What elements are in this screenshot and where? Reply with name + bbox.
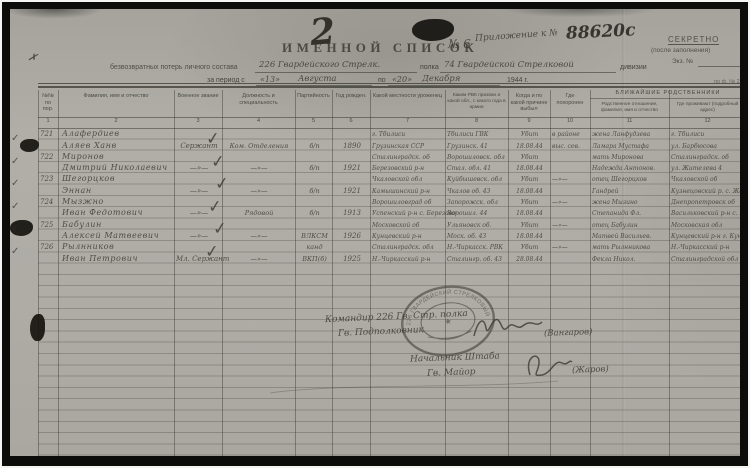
entry-3-checkmark: ✓ [214, 173, 230, 194]
entry-3-cell-c5: б/п [297, 187, 332, 195]
entry-4-cell-c9: Убит [510, 199, 549, 206]
entry-6-cell-c8: Н.-Чиркасск. РВК [447, 244, 507, 251]
column-number-1: 1 [38, 118, 58, 128]
entry-4-line-1: 724МызжноВорошиловград обЗапорожск. облУ… [38, 196, 740, 207]
column-number-7: 7 [370, 118, 445, 128]
entry-4-cell-c9: 18.08.44 [510, 210, 549, 217]
entry-4-cell-c11: Степанида Фл. [592, 210, 668, 217]
column-number-4: 4 [222, 118, 295, 128]
entry-4-cell-c5: б/п [297, 209, 332, 217]
entry-6-cell-c10: —»— [552, 244, 589, 251]
subtitle-printed: безвозвратных потерь личного состава [110, 64, 238, 71]
entry-3-cell-c12: Чкаловской об [671, 176, 740, 183]
column-header-7: Какой местности уроженец [371, 90, 444, 117]
ink-blot-left-margin [30, 314, 45, 341]
entry-1-cell-c11: жена Ланфудзева [592, 131, 668, 138]
entry-5-cell-c8: Ульяновск об. [447, 222, 507, 229]
entry-5-cell-c11: отец Бабулин [592, 222, 668, 229]
entry-3-cell-c8: Куйбышевск. обл [447, 176, 507, 183]
unit2-fill-line [440, 72, 616, 73]
entry-5-cell-c11: Матвей Васильев. [592, 233, 668, 240]
entry-1-line-1: 721Алафердиевг. ТбилисиТбилиси ГВКУбитв … [38, 128, 740, 139]
entry-6-cell-c9: 28.08.44 [510, 256, 549, 263]
entry-1-cell-c9: 18.08.44 [510, 143, 549, 150]
column-line-3 [222, 90, 223, 456]
entry-3-cell-c12: Кузнецовский р. с. Жатыревка [671, 188, 740, 195]
entry-2-margin-check: ✓ [11, 156, 19, 167]
column-header-6: Год рожден. [333, 90, 369, 117]
entry-6-cell-c4: —»— [224, 255, 294, 263]
column-header-4: Должность и специальность [223, 90, 294, 117]
entry-1-cell-c2: Аляев Ханв [62, 141, 174, 150]
entry-4-line-2: Иван Федотович—»—Рядовойб/п1913Успенский… [38, 207, 740, 218]
unit-handwritten-2: 74 Гвардейской Стрелковой [444, 60, 574, 70]
entry-5-cell-c5: ВЛКСМ [297, 232, 332, 240]
entry-3-cell-c7: Камышинский р-н [372, 188, 444, 195]
entry-3-cell-c10: —»— [552, 176, 589, 183]
entry-2-cell-c11: Надежда Антонов. [592, 165, 668, 172]
entry-3-cell-c4: —»— [224, 187, 294, 195]
form-note: по ф. № 2 [714, 79, 740, 85]
entry-2-cell-c2: Миронов [62, 152, 174, 161]
entry-1-cell-c9: Убит [510, 131, 549, 138]
scanned-document-photo: ✗ 2 ИМЕННОЙ СПИСОК № 6 Приложение к № 88… [0, 0, 750, 468]
entry-1-cell-c11: Ламара Мустафа [592, 143, 668, 150]
entry-5-cell-c9: 18.08.44 [510, 233, 549, 240]
secret-label: СЕКРЕТНО [668, 35, 719, 45]
entry-2-cell-c11: мать Миронова [592, 154, 668, 161]
column-number-3: 3 [174, 118, 222, 128]
chief-rank: Гв. Майор [427, 367, 476, 379]
entry-6-margin-check: ✓ [11, 246, 19, 257]
entry-5-cell-c1: 725 [40, 221, 58, 229]
entry-4-cell-c2: Мызжно [62, 197, 174, 206]
ink-blot-row2 [20, 139, 39, 152]
entry-4-cell-c11: жена Мызино [592, 199, 668, 206]
column-number-8: 8 [445, 118, 508, 128]
copy-number-label: Экз. № [672, 58, 693, 65]
entry-3-cell-c8: Чкалов об. 43 [447, 188, 507, 195]
entry-6-line-1: 726РылнниковкандСталинградск. облН.-Чирк… [38, 241, 740, 252]
entry-5-cell-c12: Кунцевский р-н г. Кунцево [671, 233, 740, 240]
column-header-11: Родственное отношение, фамилия, имя и от… [591, 99, 668, 117]
entry-3-line-2: Эннан—»——»—б/п1921Камышинский р-нЧкалов … [38, 185, 740, 196]
secret-sublabel: (после заполнения) [651, 47, 710, 54]
entry-2-cell-c5: б/п [297, 164, 332, 172]
entry-2-cell-c2: Дмитрий Николаевич [62, 163, 174, 172]
entry-3-cell-c1: 723 [40, 175, 58, 183]
entry-3-cell-c6: 1921 [334, 187, 370, 195]
entry-3-cell-c9: Убит [510, 176, 549, 183]
entry-1-cell-c5: б/п [297, 142, 332, 150]
double-rule-2 [38, 86, 740, 88]
column-header-8: Каким РВК призван и какой обл., с какого… [446, 90, 507, 117]
annotation-number: 88620с [566, 20, 636, 44]
entry-6-cell-c2: Рылнников [62, 242, 174, 251]
entry-5-cell-c9: Убит [510, 222, 549, 229]
document-paper: ✗ 2 ИМЕННОЙ СПИСОК № 6 Приложение к № 88… [10, 9, 740, 456]
entry-3-margin-check: ✓ [11, 178, 19, 189]
column-header-3: Военное звание [175, 90, 221, 117]
entry-1-cell-c10: в районе [552, 131, 589, 138]
column-line-2 [174, 90, 175, 456]
entry-4-cell-c8: Запорожск. обл [447, 199, 507, 206]
column-line-1 [58, 90, 59, 456]
entry-6-cell-c2: Иван Петрович [62, 254, 174, 263]
entry-3-cell-c2: Шегорцков [62, 174, 174, 183]
entry-5-cell-c6: 1926 [334, 232, 370, 240]
entry-2-line-1: 722МироновСталинградск. обВорошиловск. о… [38, 151, 740, 162]
entry-5-checkmark: ✓ [212, 219, 228, 240]
entry-4-cell-c6: 1913 [334, 209, 370, 217]
entry-2-cell-c1: 722 [40, 153, 58, 161]
entry-1-cell-c2: Алафердиев [62, 129, 174, 138]
margin-x-mark: ✗ [27, 50, 39, 65]
column-number-12: 12 [669, 118, 740, 128]
entry-3-line-1: 723ШегорцковЧкаловской облКуйбышевск. об… [38, 173, 740, 184]
list-number: № 6 [448, 37, 471, 51]
annotation-label: Приложение к № [475, 28, 558, 44]
column-number-10: 10 [550, 118, 590, 128]
entry-3-cell-c11: отец Шегорцков [592, 176, 668, 183]
entry-6-cell-c11: Фекла Никол. [592, 256, 668, 263]
entry-6-checkmark: ✓ [204, 241, 220, 262]
column-header-5: Партийность [296, 90, 331, 117]
entry-5-cell-c8: Моск. об. 43 [447, 233, 507, 240]
entry-6-cell-c11: мать Рылнникова [592, 244, 668, 251]
entry-1-line-2: Аляев ХанвСержантКом. Отделенияб/п1890Гр… [38, 139, 740, 150]
entry-3-cell-c7: Чкаловской обл [372, 176, 444, 183]
entry-2-cell-c8: Стал. обл. 41 [447, 165, 507, 172]
column-line-10 [590, 90, 591, 456]
entry-5-cell-c7: Московской об [372, 222, 444, 229]
entry-6-cell-c7: Сталинградск. обл [372, 244, 444, 251]
entry-3-cell-c9: 18.08.44 [510, 188, 549, 195]
entry-6-cell-c8: Сталингр. об. 43 [447, 256, 507, 263]
column-header-2: Фамилия, имя и отчество [59, 90, 173, 117]
entry-4-cell-c10: —»— [552, 199, 589, 206]
entry-6-cell-c1: 726 [40, 243, 58, 251]
entry-1-cell-c7: Грузинская ССР [372, 143, 444, 150]
unit-handwritten-1: 226 Гвардейского Стрелк. [259, 60, 380, 70]
column-number-9: 9 [508, 118, 550, 128]
entry-2-cell-c7: Сталинградск. об [372, 154, 444, 161]
commander-signature [472, 310, 544, 349]
column-number-11: 11 [590, 118, 669, 128]
entry-4-cell-c12: Васильковский р-н с. Березово [671, 210, 740, 217]
entry-5-cell-c2: Алексей Матвеевич [62, 231, 174, 240]
polka-label: полка [420, 64, 439, 71]
entry-4-cell-c12: Днепропетровск об [671, 199, 740, 206]
entry-6-cell-c12: Н.-Чиркасский р-н [671, 244, 740, 251]
column-header-1: №№ по пор. [39, 90, 57, 117]
entry-5-margin-check: ✓ [11, 223, 19, 234]
entry-6-cell-c9: Убит [510, 244, 549, 251]
entry-4-cell-c7: Ворошиловград об [372, 199, 444, 206]
entry-2-cell-c9: Убит [510, 154, 549, 161]
entry-2-cell-c12: ул. Жителева 4 [671, 165, 740, 172]
entry-6-cell-c12: Сталинградской обл [671, 256, 740, 263]
entry-1-cell-c12: ул. Барбюсова [671, 143, 740, 150]
entry-4-cell-c2: Иван Федотович [62, 208, 174, 217]
entry-2-cell-c6: 1921 [334, 164, 370, 172]
entry-2-checkmark: ✓ [210, 151, 226, 172]
entry-6-cell-c5: канд [297, 243, 332, 251]
division-label: дивизии [620, 64, 647, 71]
commander-name: (Вангаров) [544, 327, 593, 339]
column-number-2: 2 [58, 118, 174, 128]
entry-1-cell-c4: Ком. Отделения [224, 142, 294, 150]
entry-5-cell-c2: Бабулин [62, 220, 174, 229]
entry-4-cell-c8: Ворошил. 44 [447, 210, 507, 217]
pencil-sweep [270, 379, 560, 402]
entry-6-cell-c5: ВКП(б) [297, 255, 332, 263]
entry-3-cell-c11: Гандрей [592, 188, 668, 195]
entry-2-cell-c9: 18.08.44 [510, 165, 549, 172]
entry-1-checkmark: ✓ [205, 128, 221, 149]
entry-5-cell-c10: —»— [552, 222, 589, 229]
entry-2-cell-c8: Ворошиловск. обл [447, 154, 507, 161]
copy-number-line [698, 66, 740, 67]
entry-1-cell-c7: г. Тбилиси [372, 131, 444, 138]
entry-1-cell-c12: г. Тбилиси [671, 131, 740, 138]
entry-2-cell-c4: —»— [224, 164, 294, 172]
entry-6-cell-c7: Н.-Чиркасский р-н [372, 256, 444, 263]
column-header-10: Где похоронен [551, 90, 589, 117]
column-number-5: 5 [295, 118, 332, 128]
entry-2-cell-c12: Сталинградск. об [671, 154, 740, 161]
entry-5-line-1: 725БабулинМосковской обУльяновск об.Убит… [38, 218, 740, 229]
entry-4-cell-c1: 724 [40, 198, 58, 206]
entry-1-cell-c1: 721 [40, 130, 58, 138]
entry-1-cell-c8: Грузинск. 41 [447, 143, 507, 150]
entry-4-cell-c4: Рядовой [224, 209, 294, 217]
entry-5-cell-c12: Московская обл [671, 222, 740, 229]
entry-2-line-2: Дмитрий Николаевич—»——»—б/п1921Березовск… [38, 162, 740, 173]
entry-1-margin-check: ✓ [11, 133, 19, 144]
column-line-11 [669, 90, 670, 456]
unit1-fill-line [255, 72, 417, 73]
group-header-relatives: БЛИЖАЙШИЕ РОДСТВЕННИКИ [590, 90, 740, 99]
entry-3-cell-c2: Эннан [62, 186, 174, 195]
entry-4-margin-check: ✓ [11, 201, 19, 212]
entry-5-cell-c4: —»— [224, 232, 294, 240]
entry-6-line-2: Иван ПетровичМл. Сержант—»—ВКП(б)1925Н.-… [38, 252, 740, 263]
entry-1-cell-c8: Тбилиси ГВК [447, 131, 507, 138]
entry-4-cell-c7: Успенский р-н с. Березово [372, 210, 444, 217]
column-number-6: 6 [332, 118, 370, 128]
entry-1-cell-c10: выс. сев. [552, 143, 589, 150]
entry-5-line-2: Алексей Матвеевич—»——»—ВЛКСМ1926Кунцевск… [38, 230, 740, 241]
column-header-12: Где проживают (подробный адрес) [670, 99, 740, 117]
chief-name: (Жаров) [572, 364, 609, 375]
entry-1-cell-c6: 1890 [334, 142, 370, 150]
column-header-9: Когда и по какой причине выбыл [509, 90, 549, 117]
entry-2-cell-c7: Березовский р-н [372, 165, 444, 172]
entry-4-checkmark: ✓ [207, 196, 223, 217]
entry-5-cell-c7: Кунцевский р-н [372, 233, 444, 240]
double-rule-1 [38, 83, 740, 84]
entry-6-cell-c6: 1925 [334, 255, 370, 263]
